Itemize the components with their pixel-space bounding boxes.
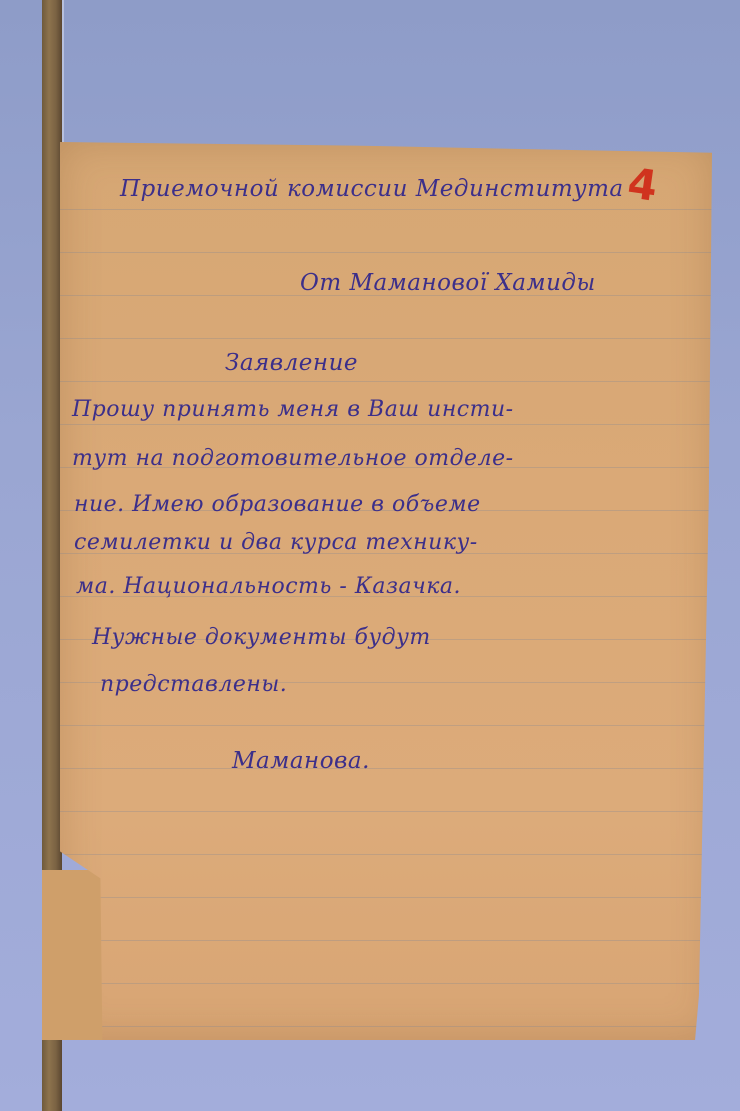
body-line-3: ние. Имею образование в объеме [74,492,481,517]
body-line-1: Прошу принять меня в Ваш инсти- [72,397,514,422]
body-line-5: ма. Национальность - Казачка. [76,574,461,599]
body-line-4: семилетки и два курса технику- [74,530,478,555]
document-title: Заявление [225,350,358,376]
sender-line: От Маманової Хамиды [300,270,596,296]
addressee-line: Приемочной комиссии Мединститута [120,176,624,202]
binder-edge [62,0,64,145]
body-line-2: тут на подготовительное отделе- [72,446,514,471]
body-line-7: представлены. [100,672,287,697]
signature: Маманова. [232,748,370,774]
body-line-6: Нужные документы будут [92,625,431,650]
